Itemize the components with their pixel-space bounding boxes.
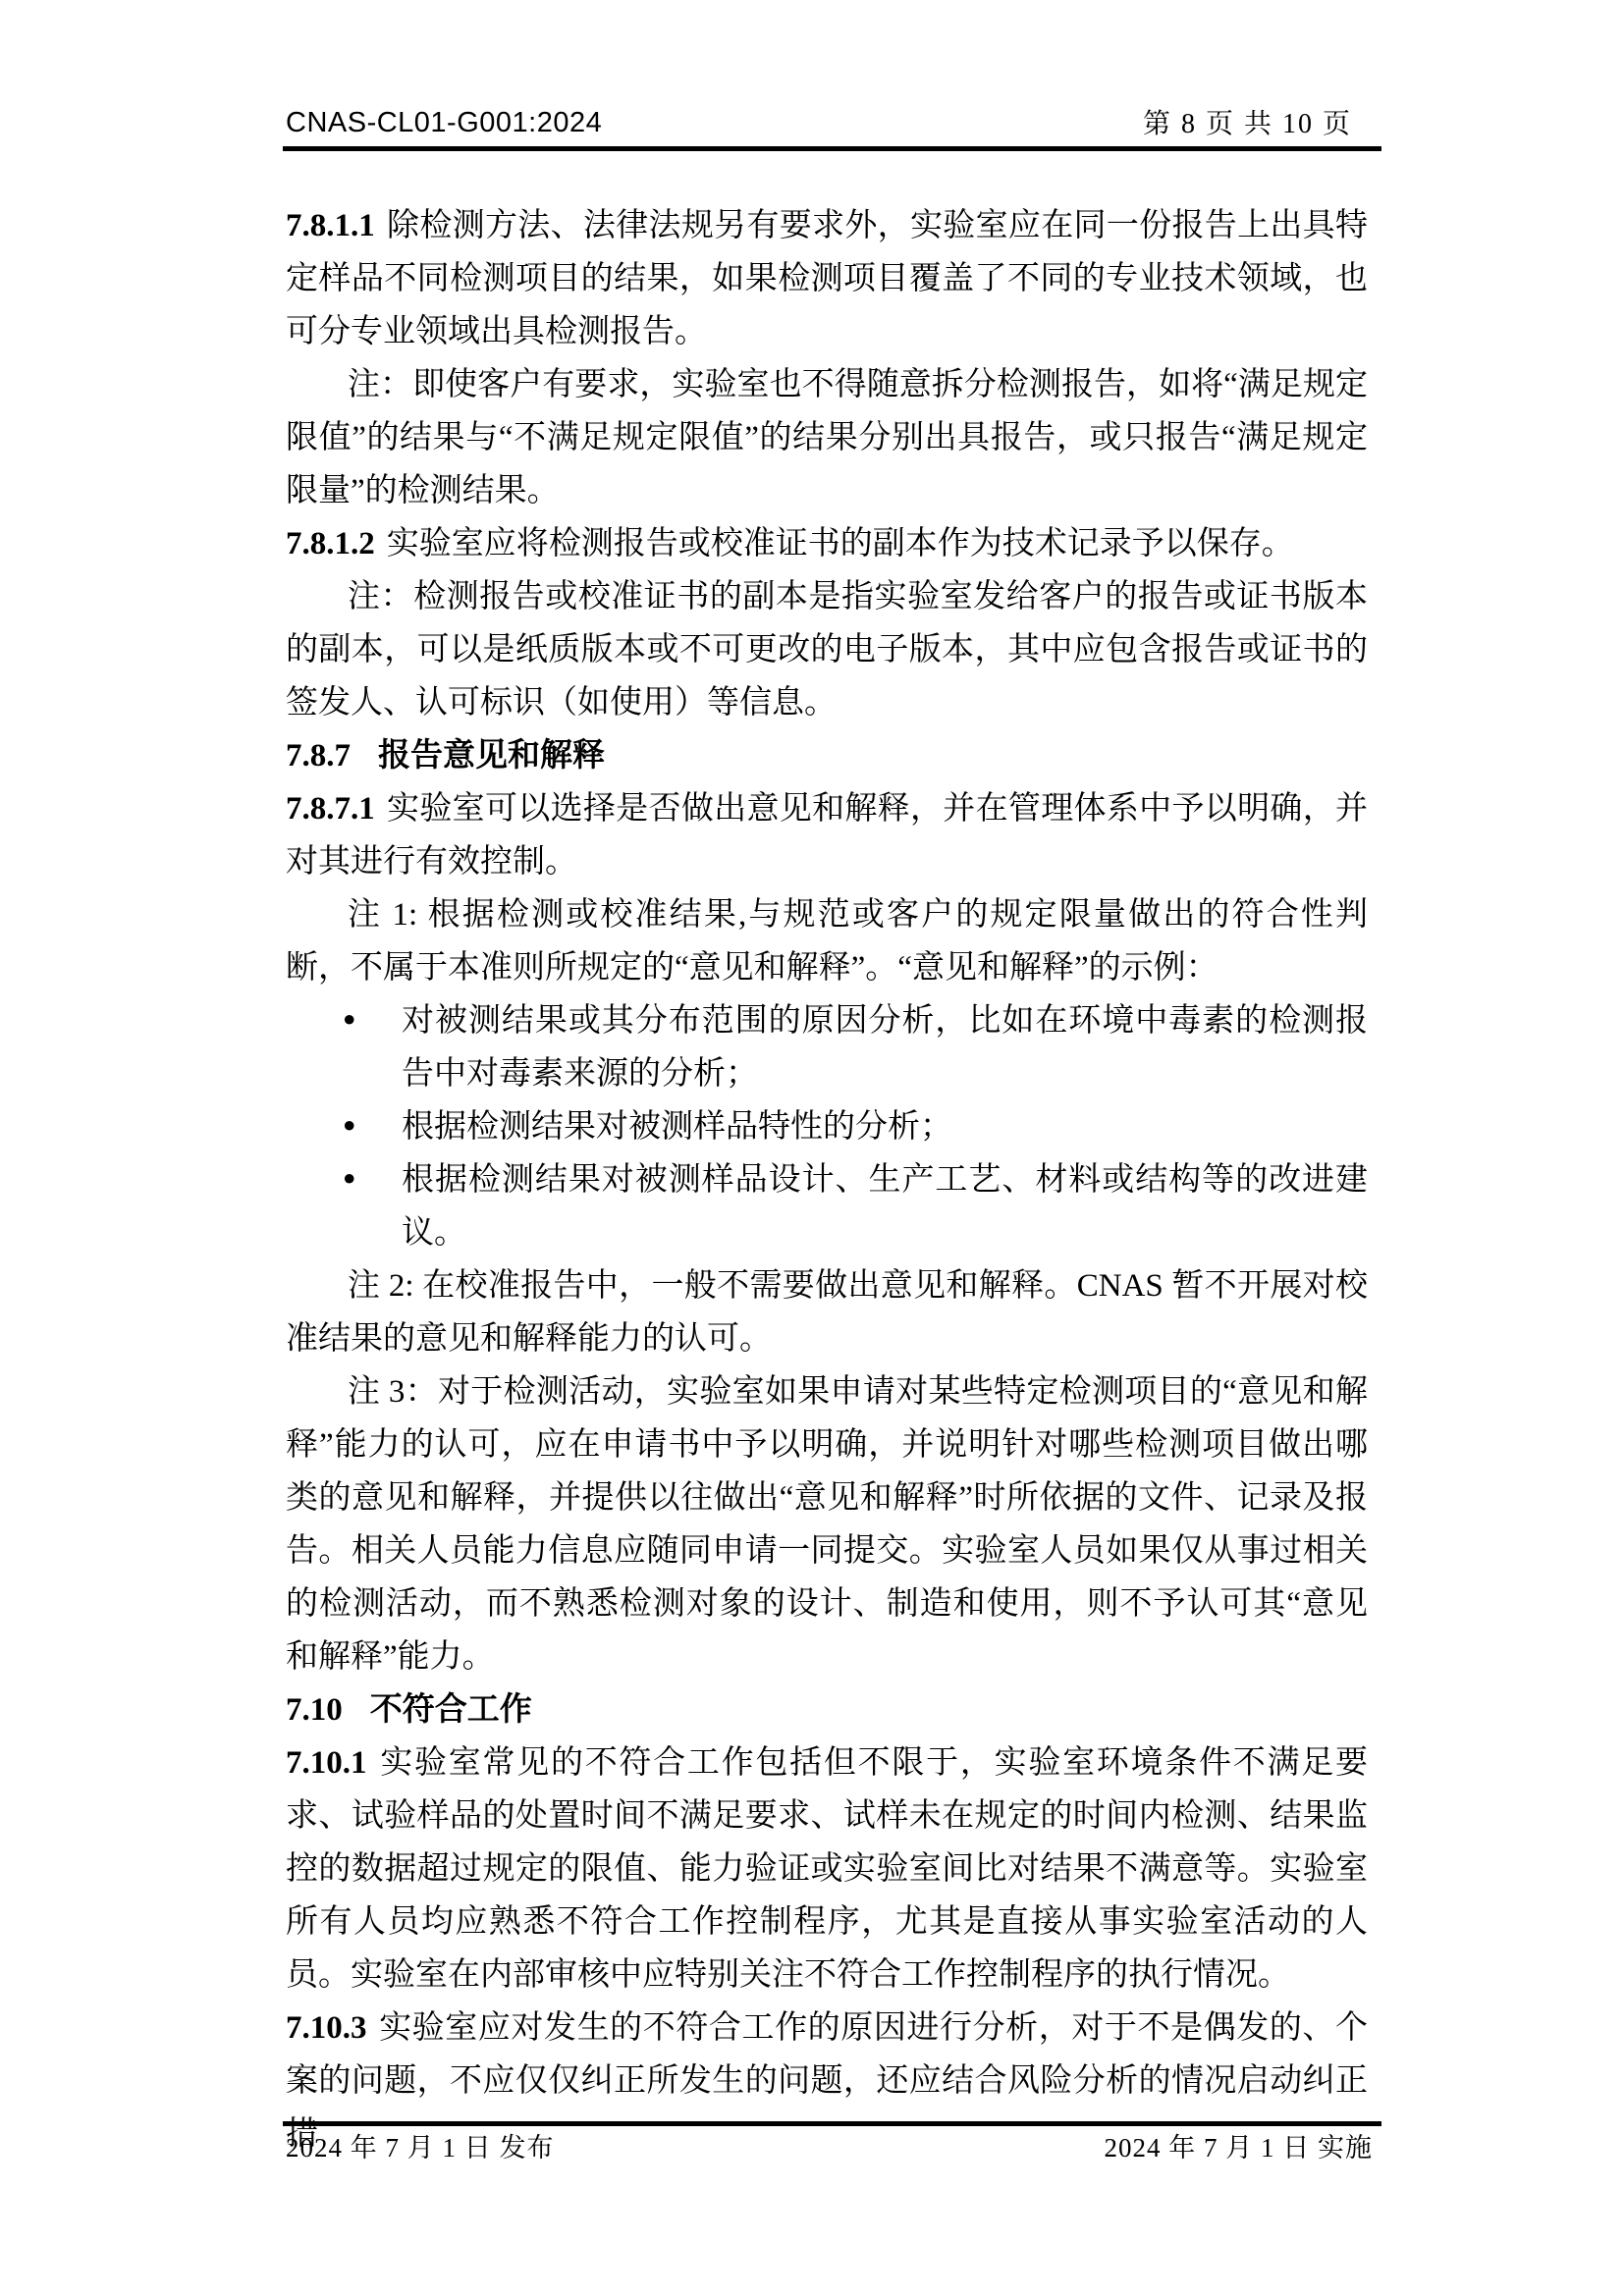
clause-7-8-1-1: 7.8.1.1除检测方法、法律法规另有要求外，实验室应在同一份报告上出具特定样品… xyxy=(286,199,1368,358)
list-item-text: 根据检测结果对被测样品设计、生产工艺、材料或结构等的改进建议。 xyxy=(402,1162,1368,1251)
document-body: 7.8.1.1除检测方法、法律法规另有要求外，实验室应在同一份报告上出具特定样品… xyxy=(286,199,1368,2161)
clause-7-8-1-2: 7.8.1.2实验室应将检测报告或校准证书的副本作为技术记录予以保存。 xyxy=(286,517,1368,570)
footer-implement-date: 2024 年 7 月 1 日 实施 xyxy=(1105,2132,1374,2163)
clause-number: 7.8.1.1 xyxy=(286,208,375,243)
clause-text: 实验室常见的不符合工作包括但不限于，实验室环境条件不满足要求、试验样品的处置时间… xyxy=(286,1745,1368,1993)
note-3: 注 3：对于检测活动，实验室如果申请对某些特定检测项目的“意见和解释”能力的认可… xyxy=(286,1365,1368,1683)
list-item: •对被测结果或其分布范围的原因分析，比如在环境中毒素的检测报告中对毒素来源的分析… xyxy=(286,994,1368,1100)
bullet-icon: • xyxy=(340,994,358,1047)
clause-number: 7.8.1.2 xyxy=(286,526,375,561)
note-1: 注 1: 根据检测或校准结果,与规范或客户的规定限量做出的符合性判断，不属于本准… xyxy=(286,888,1368,994)
note-2: 注 2: 在校准报告中，一般不需要做出意见和解释。CNAS 暂不开展对校准结果的… xyxy=(286,1259,1368,1365)
clause-7-10-1: 7.10.1实验室常见的不符合工作包括但不限于，实验室环境条件不满足要求、试验样… xyxy=(286,1736,1368,2002)
examples-list: •对被测结果或其分布范围的原因分析，比如在环境中毒素的检测报告中对毒素来源的分析… xyxy=(286,994,1368,1259)
heading-title: 不符合工作 xyxy=(370,1692,532,1728)
note-7-8-1-1: 注：即使客户有要求，实验室也不得随意拆分检测报告，如将“满足规定限值”的结果与“… xyxy=(286,358,1368,517)
list-item-text: 对被测结果或其分布范围的原因分析，比如在环境中毒素的检测报告中对毒素来源的分析； xyxy=(402,1003,1368,1092)
clause-text: 实验室可以选择是否做出意见和解释，并在管理体系中予以明确，并对其进行有效控制。 xyxy=(286,791,1368,880)
footer-rule xyxy=(283,2121,1381,2126)
header-page-number: 第 8 页 共 10 页 xyxy=(1143,108,1352,141)
heading-7-8-7: 7.8.7报告意见和解释 xyxy=(286,729,1368,782)
clause-text: 除检测方法、法律法规另有要求外，实验室应在同一份报告上出具特定样品不同检测项目的… xyxy=(286,208,1368,349)
document-page: CNAS-CL01-G001:2024 第 8 页 共 10 页 7.8.1.1… xyxy=(0,0,1624,2296)
clause-number: 7.10.3 xyxy=(286,2010,367,2046)
heading-number: 7.10 xyxy=(286,1692,343,1728)
clause-number: 7.8.7.1 xyxy=(286,791,375,827)
clause-number: 7.10.1 xyxy=(286,1745,367,1781)
bullet-icon: • xyxy=(340,1100,358,1153)
footer-issue-date: 2024 年 7 月 1 日 发布 xyxy=(286,2132,555,2163)
note-7-8-1-2: 注：检测报告或校准证书的副本是指实验室发给客户的报告或证书版本的副本，可以是纸质… xyxy=(286,570,1368,729)
clause-text: 实验室应对发生的不符合工作的原因进行分析，对于不是偶发的、个案的问题，不应仅仅纠… xyxy=(286,2010,1368,2152)
list-item: •根据检测结果对被测样品特性的分析； xyxy=(286,1100,1368,1153)
header-doc-code: CNAS-CL01-G001:2024 xyxy=(286,106,602,139)
clause-7-8-7-1: 7.8.7.1实验室可以选择是否做出意见和解释，并在管理体系中予以明确，并对其进… xyxy=(286,782,1368,888)
list-item-text: 根据检测结果对被测样品特性的分析； xyxy=(402,1109,952,1145)
clause-text: 实验室应将检测报告或校准证书的副本作为技术记录予以保存。 xyxy=(387,526,1294,561)
heading-7-10: 7.10不符合工作 xyxy=(286,1683,1368,1736)
list-item: •根据检测结果对被测样品设计、生产工艺、材料或结构等的改进建议。 xyxy=(286,1153,1368,1259)
heading-title: 报告意见和解释 xyxy=(378,738,605,774)
bullet-icon: • xyxy=(340,1153,358,1206)
heading-number: 7.8.7 xyxy=(286,738,351,774)
header-rule xyxy=(283,146,1381,151)
